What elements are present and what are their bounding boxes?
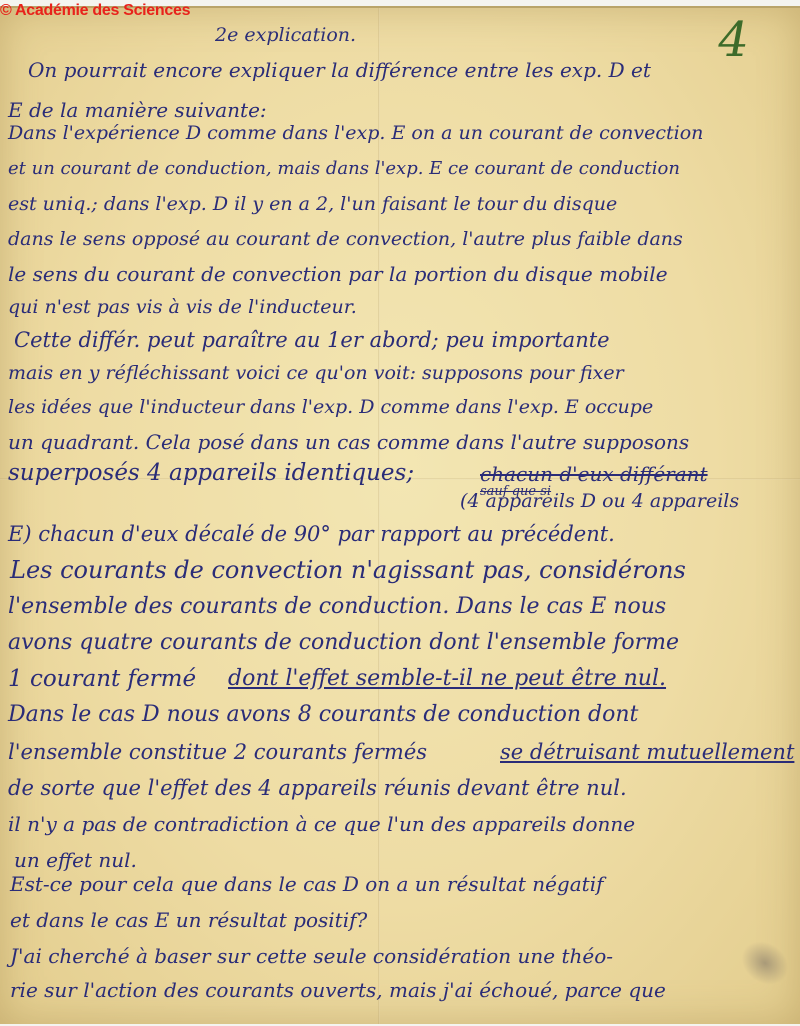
- text-line: mais en y réfléchissant voici ce qu'on v…: [8, 362, 624, 384]
- text-line: Dans l'expérience D comme dans l'exp. E …: [8, 122, 703, 144]
- text-line: avons quatre courants de conduction dont…: [8, 630, 679, 655]
- text-line: 1 courant fermé: [8, 666, 196, 692]
- struck-text: chacun d'eux différant: [480, 462, 708, 486]
- text-line: il n'y a pas de contradiction à ce que l…: [8, 812, 635, 836]
- text-line: l'ensemble des courants de conduction. D…: [8, 594, 666, 619]
- text-line: On pourrait encore expliquer la différen…: [28, 58, 651, 82]
- text-line: un effet nul.: [14, 848, 137, 872]
- copyright-watermark: © Académie des Sciences: [0, 2, 190, 20]
- text-line: et un courant de conduction, mais dans l…: [8, 158, 680, 179]
- text-line: et dans le cas E un résultat positif?: [10, 908, 367, 932]
- text-line: est uniq.; dans l'exp. D il y en a 2, l'…: [8, 193, 617, 215]
- text-line: (4 appareils D ou 4 appareils: [460, 490, 739, 512]
- text-line: dans le sens opposé au courant de convec…: [8, 228, 683, 250]
- text-line: un quadrant. Cela posé dans un cas comme…: [8, 430, 689, 454]
- text-line: Est-ce pour cela que dans le cas D on a …: [10, 872, 604, 896]
- page-title: 2e explication.: [215, 24, 356, 46]
- text-line: rie sur l'action des courants ouverts, m…: [10, 978, 666, 1002]
- text-line: le sens du courant de convection par la …: [8, 262, 668, 286]
- text-line: Cette différ. peut paraître au 1er abord…: [14, 328, 610, 352]
- text-line: Les courants de convection n'agissant pa…: [10, 556, 686, 584]
- underlined-text: dont l'effet semble-t-il ne peut être nu…: [228, 666, 666, 691]
- text-line: J'ai cherché à baser sur cette seule con…: [10, 944, 613, 968]
- text-line: l'ensemble constitue 2 courants fermés: [8, 740, 427, 764]
- text-line: E) chacun d'eux décalé de 90° par rappor…: [8, 522, 615, 546]
- text-line: Dans le cas D nous avons 8 courants de c…: [8, 702, 638, 727]
- ink-stain: [733, 932, 797, 993]
- underlined-text: se détruisant mutuellement: [500, 740, 794, 764]
- text-line: les idées que l'inducteur dans l'exp. D …: [8, 396, 653, 418]
- text-line: E de la manière suivante:: [8, 98, 267, 122]
- text-line: de sorte que l'effet des 4 appareils réu…: [8, 776, 627, 800]
- text-line: superposés 4 appareils identiques;: [8, 460, 414, 486]
- text-line: qui n'est pas vis à vis de l'inducteur.: [8, 296, 357, 318]
